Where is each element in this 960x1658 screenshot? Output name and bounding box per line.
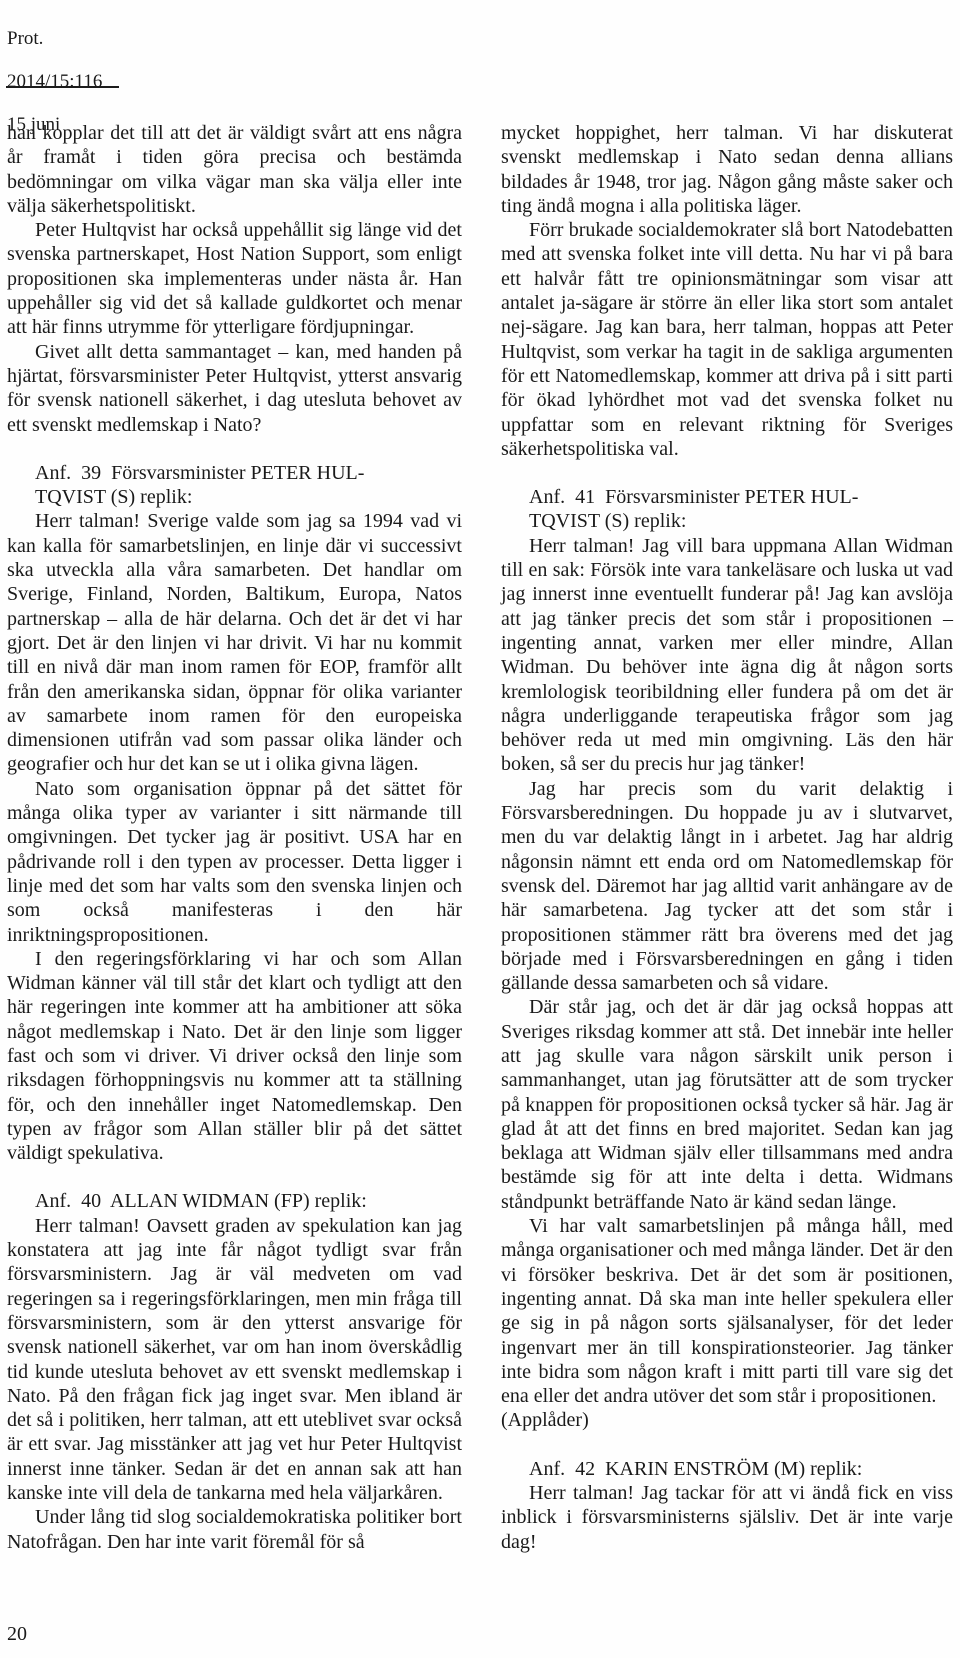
speech-paragraph: Givet allt detta sammantaget – kan, med … — [7, 340, 462, 437]
speech-paragraph: Herr talman! Oavsett graden av spekulati… — [7, 1214, 462, 1506]
header-divider-rule — [6, 86, 119, 88]
speech-heading-anf-39: Anf. 39 Försvarsminister PETER HUL- TQVI… — [7, 461, 462, 510]
speech-paragraph: Herr talman! Jag tackar för att vi ändå … — [501, 1481, 953, 1554]
speech-paragraph: Herr talman! Jag vill bara uppmana Allan… — [501, 534, 953, 777]
speech-paragraph: Under lång tid slog socialdemokratiska p… — [7, 1505, 462, 1554]
speech-heading-anf-42: Anf. 42 KARIN ENSTRÖM (M) replik: — [501, 1457, 953, 1481]
speech-paragraph: Förr brukade socialdemokrater slå bort N… — [501, 218, 953, 461]
continuation-paragraph: han kopplar det till att det är väldigt … — [7, 121, 462, 218]
stage-direction: (Applåder) — [501, 1408, 953, 1432]
speech-heading-anf-40: Anf. 40 ALLAN WIDMAN (FP) replik: — [7, 1189, 462, 1213]
speech-paragraph: Jag har precis som du varit delaktig i F… — [501, 777, 953, 996]
document-page: Prot. 2014/15:116 15 juni han kopplar de… — [0, 0, 960, 1658]
protocol-number: 2014/15:116 — [7, 71, 102, 93]
speech-paragraph: Där står jag, och det är där jag också h… — [501, 995, 953, 1214]
protocol-label: Prot. — [7, 28, 102, 50]
speech-heading-anf-41: Anf. 41 Försvarsminister PETER HUL- TQVI… — [501, 485, 953, 534]
page-number: 20 — [7, 1622, 27, 1646]
speech-paragraph: Nato som organisation öppnar på det sätt… — [7, 777, 462, 947]
speech-paragraph: Herr talman! Sverige valde som jag sa 19… — [7, 509, 462, 776]
continuation-paragraph: mycket hoppighet, herr talman. Vi har di… — [501, 121, 953, 218]
left-column: han kopplar det till att det är väldigt … — [7, 121, 462, 1554]
speech-paragraph: Peter Hultqvist har också uppehållit sig… — [7, 218, 462, 339]
speech-paragraph: I den regeringsförklaring vi har och som… — [7, 947, 462, 1166]
speech-paragraph: Vi har valt samarbetslinjen på många hål… — [501, 1214, 953, 1408]
right-column: mycket hoppighet, herr talman. Vi har di… — [501, 121, 953, 1554]
